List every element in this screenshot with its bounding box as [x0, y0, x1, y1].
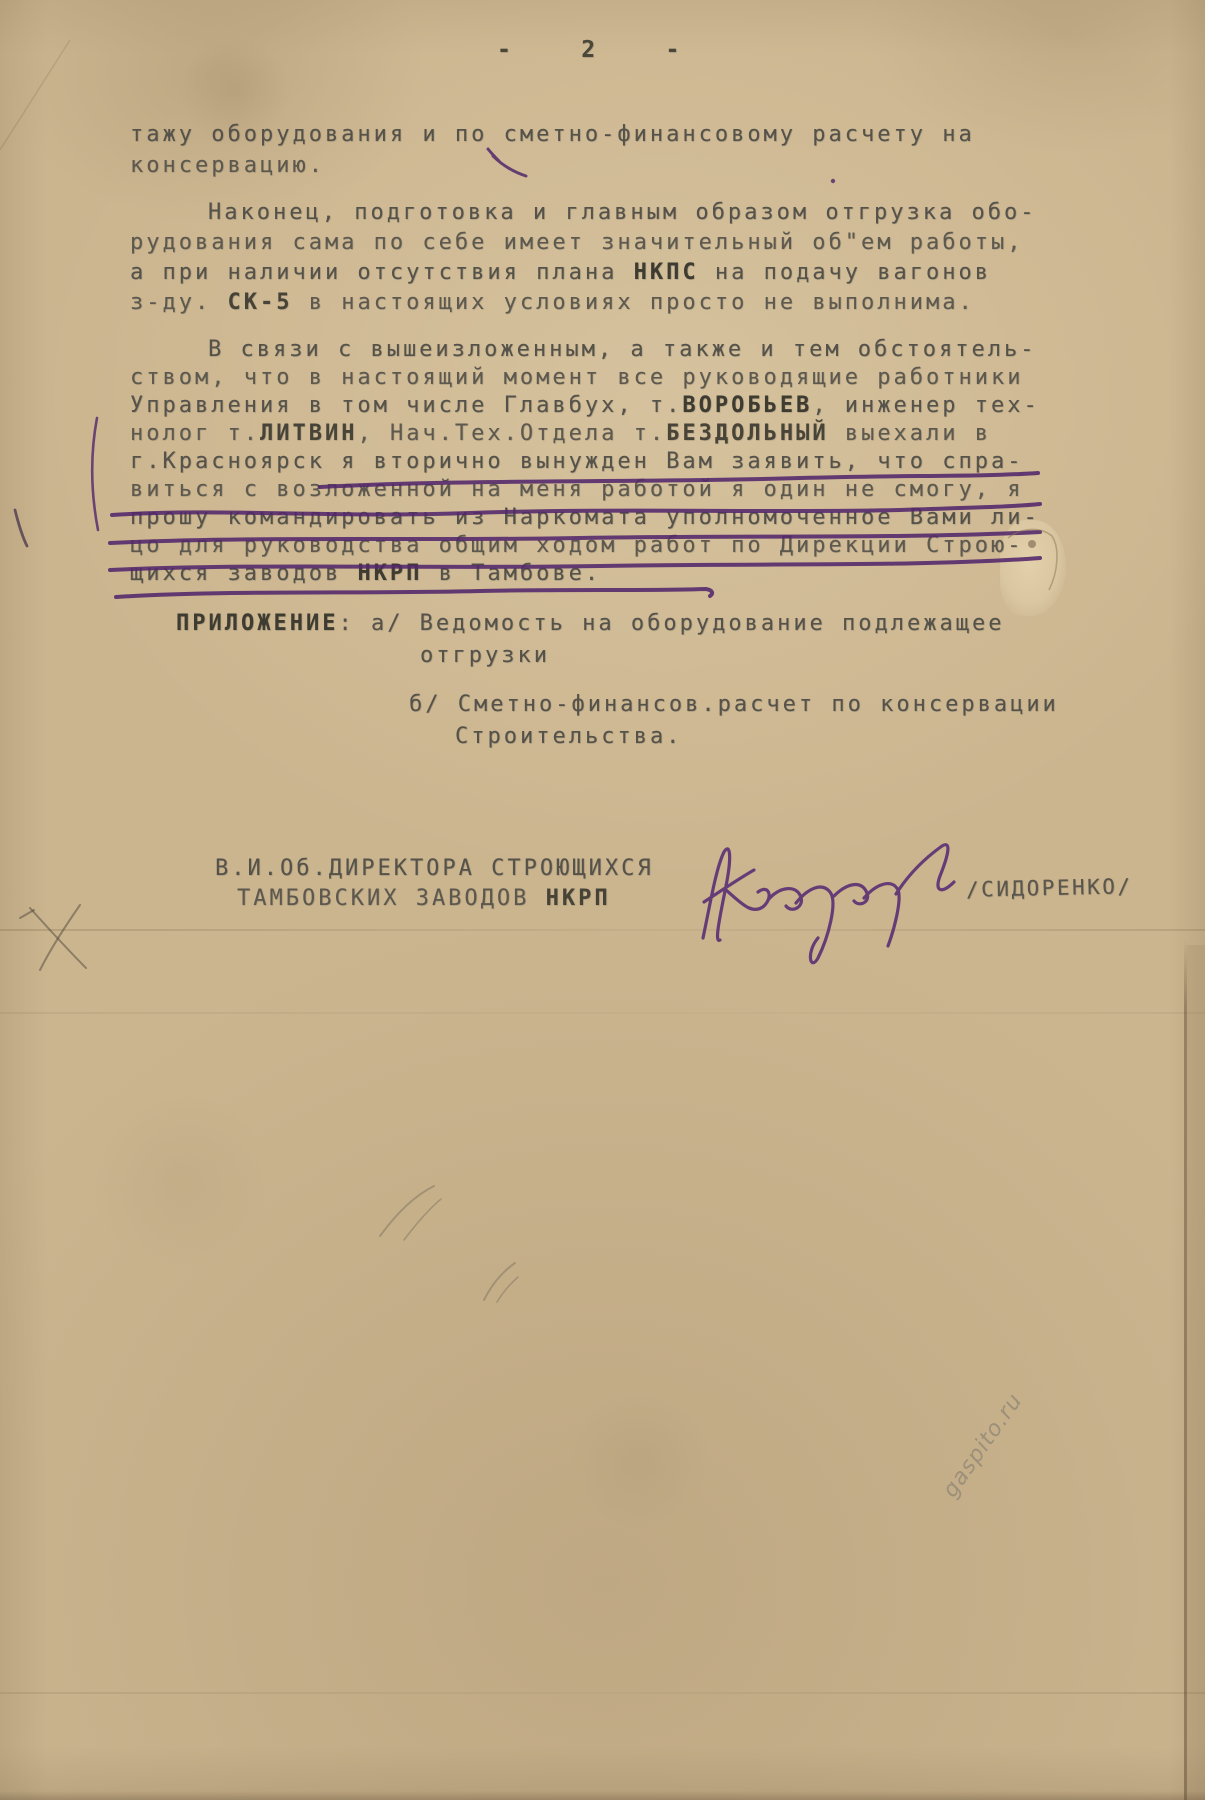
attachment-item-b-line2: Строительства.: [455, 723, 682, 751]
pencil-mark: [40, 905, 80, 970]
typed-line: Управления в том числе Главбух, т.ВОРОБЬ…: [130, 392, 1040, 420]
paper-edge-right-shadow: [1187, 945, 1205, 1800]
signature-name: /СИДОРЕНКО/: [966, 872, 1133, 903]
attachment-item-a-line2: отгрузки: [420, 642, 550, 670]
corner-crease: [0, 40, 70, 150]
fold-crease: [0, 1692, 1205, 1694]
faint-scratch: [404, 1199, 441, 1240]
watermark: gaspito.ru: [938, 1389, 1028, 1503]
typed-line: рудования сама по себе имеет значительны…: [130, 228, 1037, 258]
attachment-item-b-line1: б/ Сметно-финансов.расчет по консервации: [409, 691, 1059, 719]
signature-title-line: ТАМБОВСКИХ ЗАВОДОВ НКРП: [215, 884, 654, 914]
fold-crease: [0, 929, 1205, 931]
typed-line: цо для руководства общим ходом работ по …: [130, 532, 1040, 560]
paper-edge-bottom: [0, 1791, 1205, 1800]
paragraph-continuation: тажу оборудования и по сметно-финансовом…: [130, 119, 975, 181]
faint-scratch: [497, 1277, 518, 1302]
typed-line: тажу оборудования и по сметно-финансовом…: [130, 119, 975, 150]
pencil-mark: [20, 910, 34, 918]
signature-title-line: В.И.Об.ДИРЕКТОРА СТРОЮЩИХСЯ: [215, 854, 654, 884]
typed-line: прошу командировать из Наркомата уполном…: [130, 504, 1040, 532]
underline-stroke: [116, 589, 712, 597]
typed-line: з-ду. СК-5 в настоящих условиях просто н…: [130, 288, 1037, 318]
typed-line: консервацию.: [130, 150, 975, 181]
pencil-mark: [30, 908, 86, 968]
typed-line: виться с возложенной на меня работой я о…: [130, 476, 1040, 504]
signature-title-block: В.И.Об.ДИРЕКТОРА СТРОЮЩИХСЯ ТАМБОВСКИХ З…: [215, 854, 654, 914]
margin-bracket-stroke: [92, 418, 98, 530]
paragraph-v-svyazi: В связи с вышеизложенным, а также и тем …: [130, 336, 1040, 588]
typed-line: г.Красноярск я вторично вынужден Вам зая…: [130, 448, 1040, 476]
paragraph-nakonets: Наконец, подготовка и главным образом от…: [130, 198, 1037, 318]
typed-line: Наконец, подготовка и главным образом от…: [130, 198, 1037, 228]
edge-ink-dash: [15, 510, 27, 546]
fold-crease: [0, 1012, 1205, 1014]
typed-line: ством, что в настоящий момент все руково…: [130, 364, 1040, 392]
handwritten-signature: [703, 845, 954, 963]
attachment-label-line: ПРИЛОЖЕНИЕ: а/ Ведомость на оборудование…: [176, 610, 1005, 638]
document-page: - 2 - тажу оборудования и по сметно-фина…: [0, 0, 1205, 1800]
page-number: - 2 -: [497, 36, 682, 64]
faint-scratch: [380, 1186, 434, 1236]
typed-line: щихся заводов НКРП в Тамбове.: [130, 560, 1040, 588]
typed-line: нолог т.ЛИТВИН, Нач.Тех.Отдела т.БЕЗДОЛЬ…: [130, 420, 1040, 448]
typed-line: а при наличии отсутствия плана НКПС на п…: [130, 258, 1037, 288]
typed-line: В связи с вышеизложенным, а также и тем …: [130, 336, 1040, 364]
faint-scratch: [484, 1263, 515, 1300]
